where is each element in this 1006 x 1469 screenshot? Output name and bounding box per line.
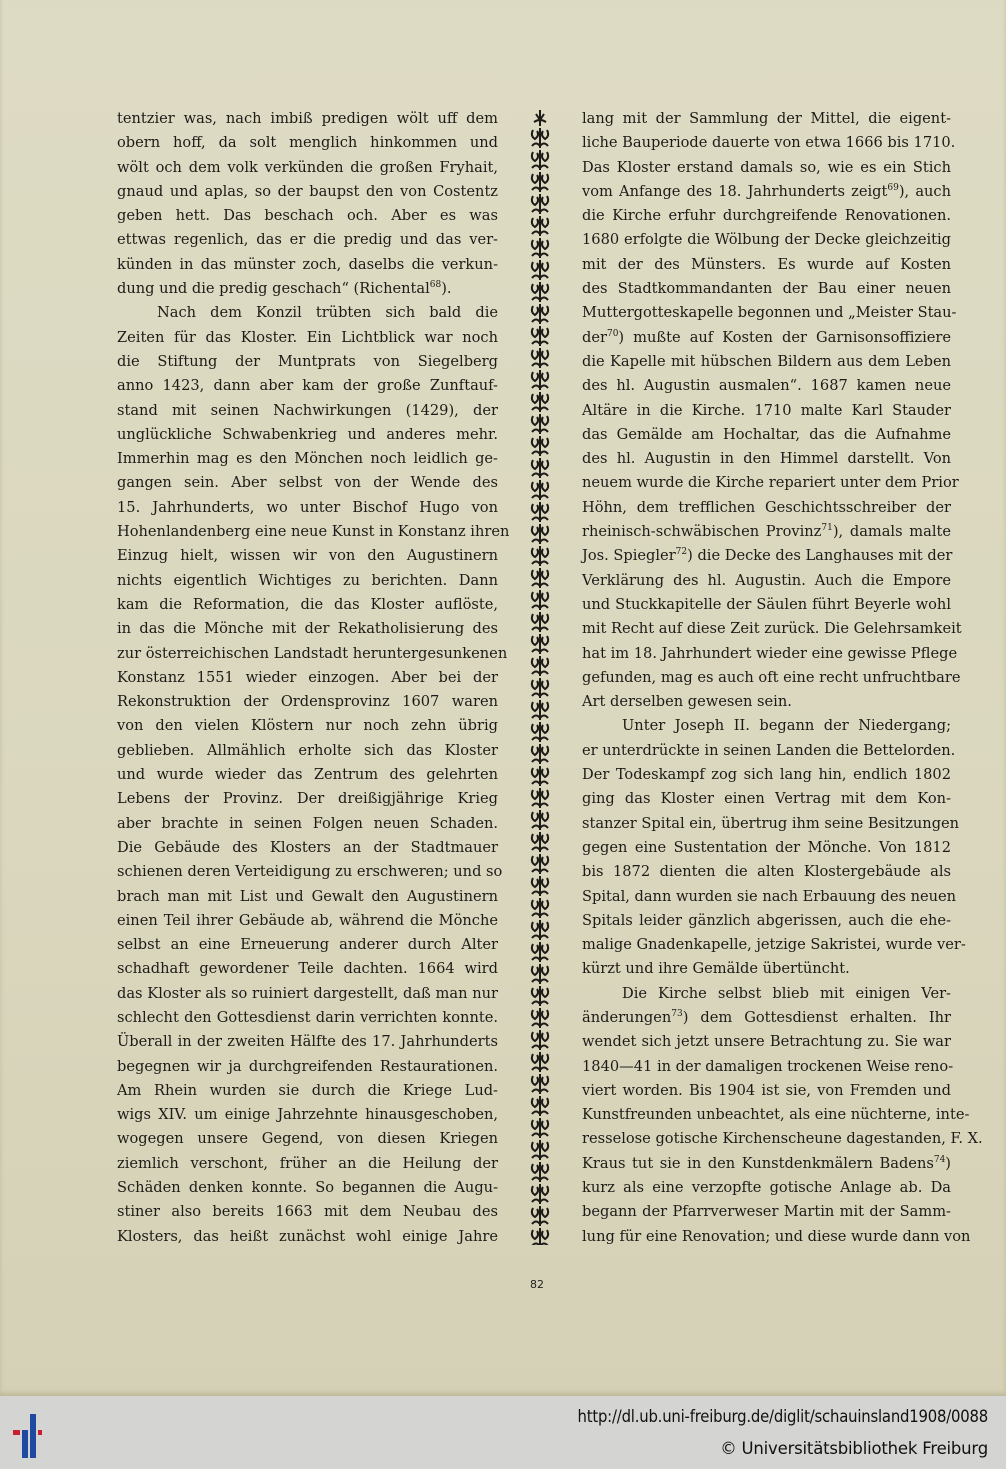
- text-line: selbst an eine Erneuerung anderer durch …: [117, 933, 498, 957]
- text-line: in das die Mönche mit der Rekatholisieru…: [117, 617, 498, 641]
- text-line: tentzier was, nach imbiß predigen wölt u…: [117, 107, 498, 131]
- text-line: obern hoff, da solt menglich hinkommen u…: [117, 131, 498, 155]
- text-line: lung für eine Renovation; und diese wurd…: [582, 1225, 951, 1249]
- text-line: Lebens der Provinz. Der dreißigjährige K…: [117, 787, 498, 811]
- text-line: neuem wurde die Kirche repariert unter d…: [582, 471, 951, 495]
- text-line: und wurde wieder das Zentrum des gelehrt…: [117, 763, 498, 787]
- text-line: schlecht den Gottesdienst darin verricht…: [117, 1006, 498, 1030]
- text-line: das Gemälde am Hochaltar, das die Aufnah…: [582, 423, 951, 447]
- text-line: des hl. Augustin in den Himmel darstellt…: [582, 447, 951, 471]
- text-line: Spital, dann wurden sie nach Erbauung de…: [582, 885, 951, 909]
- text-line: er unterdrückte in seinen Landen die Bet…: [582, 739, 951, 763]
- text-line: die Kapelle mit hübschen Bildern aus dem…: [582, 350, 951, 374]
- text-line: geben hett. Das beschach och. Aber es wa…: [117, 204, 498, 228]
- text-line: Die Kirche selbst blieb mit einigen Ver-: [582, 982, 951, 1006]
- text-line: 1840—41 in der damaligen trockenen Weise…: [582, 1055, 951, 1079]
- text-line: nichts eigentlich Wichtiges zu berichten…: [117, 569, 498, 593]
- text-line: von den vielen Klöstern nur noch zehn üb…: [117, 714, 498, 738]
- text-line: Spitals leider gänzlich abgerissen, auch…: [582, 909, 951, 933]
- copyright-notice: © Universitätsbibliothek Freiburg: [720, 1439, 988, 1458]
- text-line: stand mit seinen Nachwirkungen (1429), d…: [117, 399, 498, 423]
- text-line: liche Bauperiode dauerte von etwa 1666 b…: [582, 131, 951, 155]
- text-line: Verklärung des hl. Augustin. Auch die Em…: [582, 569, 951, 593]
- text-line: Hohenlandenberg eine neue Kunst in Konst…: [117, 520, 498, 544]
- text-line: Überall in der zweiten Hälfte des 17. Ja…: [117, 1030, 498, 1054]
- text-line: wendet sich jetzt unsere Betrachtung zu.…: [582, 1030, 951, 1054]
- text-line: geblieben. Allmählich erholte sich das K…: [117, 739, 498, 763]
- text-line: kürzt und ihre Gemälde übertüncht.: [582, 957, 951, 981]
- text-line: Unter Joseph II. begann der Niedergang;: [582, 714, 951, 738]
- text-line: Konstanz 1551 wieder einzogen. Aber bei …: [117, 666, 498, 690]
- text-line: die Stiftung der Muntprats von Siegelber…: [117, 350, 498, 374]
- text-line: Zeiten für das Kloster. Ein Lichtblick w…: [117, 326, 498, 350]
- text-line: gnaud und aplas, so der baupst den von C…: [117, 180, 498, 204]
- text-line: wigs XIV. um einige Jahrzehnte hinausges…: [117, 1103, 498, 1127]
- text-line: kurz als eine verzopfte gotische Anlage …: [582, 1176, 951, 1200]
- page-number: 82: [527, 1278, 547, 1291]
- ornamental-vine-divider-icon: [528, 110, 552, 1245]
- text-line: zur österreichischen Landstadt herunterg…: [117, 642, 498, 666]
- text-line: mit der des Münsters. Es wurde auf Koste…: [582, 253, 951, 277]
- text-line: ettwas regenlich, das er die predig und …: [117, 228, 498, 252]
- text-line: und Stuckkapitelle der Säulen führt Beye…: [582, 593, 951, 617]
- text-line: Muttergotteskapelle begonnen und „Meiste…: [582, 301, 951, 325]
- text-line: 15. Jahrhunderts, wo unter Bischof Hugo …: [117, 496, 498, 520]
- text-line: das Kloster als so ruiniert dargestellt,…: [117, 982, 498, 1006]
- text-line: wogegen unsere Gegend, von diesen Kriege…: [117, 1127, 498, 1151]
- text-line: gefunden, mag es auch oft eine recht unf…: [582, 666, 951, 690]
- footnote-marker: 71: [821, 523, 832, 533]
- text-line: einen Teil ihrer Gebäude ab, während die…: [117, 909, 498, 933]
- text-line: stanzer Spital ein, übertrug ihm seine B…: [582, 812, 951, 836]
- text-line: Am Rhein wurden sie durch die Kriege Lud…: [117, 1079, 498, 1103]
- footnote-marker: 69: [887, 183, 898, 193]
- text-line: Höhn, dem trefflichen Geschichtsschreibe…: [582, 496, 951, 520]
- text-line: viert worden. Bis 1904 ist sie, von Frem…: [582, 1079, 951, 1103]
- text-line: brach man mit List und Gewalt den August…: [117, 885, 498, 909]
- text-line: Der Todeskampf zog sich lang hin, endlic…: [582, 763, 951, 787]
- text-line: vom Anfange des 18. Jahrhunderts zeigt69…: [582, 180, 951, 204]
- text-line: Kunstfreunden unbeachtet, als eine nücht…: [582, 1103, 951, 1127]
- text-line: Die Gebäude des Klosters an der Stadtmau…: [117, 836, 498, 860]
- text-line: Schäden denken konnte. So begannen die A…: [117, 1176, 498, 1200]
- text-line: künden in das münster zoch, daselbs die …: [117, 253, 498, 277]
- text-line: Das Kloster erstand damals so, wie es ei…: [582, 156, 951, 180]
- permalink-url[interactable]: http://dl.ub.uni-freiburg.de/diglit/scha…: [578, 1407, 989, 1426]
- ub-freiburg-logo-icon: [12, 1408, 42, 1460]
- text-line: Einzug hielt, wissen wir von den Augusti…: [117, 544, 498, 568]
- text-line: hat im 18. Jahrhundert wieder eine gewis…: [582, 642, 951, 666]
- text-line: malige Gnadenkapelle, jetzige Sakristei,…: [582, 933, 951, 957]
- text-line: wölt och dem volk verkünden die großen F…: [117, 156, 498, 180]
- text-line: begegnen wir ja durchgreifenden Restaura…: [117, 1055, 498, 1079]
- text-line: ging das Kloster einen Vertrag mit dem K…: [582, 787, 951, 811]
- text-line: kam die Reformation, die das Kloster auf…: [117, 593, 498, 617]
- text-line: lang mit der Sammlung der Mittel, die ei…: [582, 107, 951, 131]
- text-line: des hl. Augustin ausmalen“. 1687 kamen n…: [582, 374, 951, 398]
- text-line: stiner also bereits 1663 mit dem Neubau …: [117, 1200, 498, 1224]
- text-line: schienen deren Verteidigung zu erschwere…: [117, 860, 498, 884]
- text-line: gangen sein. Aber selbst von der Wende d…: [117, 471, 498, 495]
- text-line: rheinisch-schwäbischen Provinz71), damal…: [582, 520, 951, 544]
- footer-bar: http://dl.ub.uni-freiburg.de/diglit/scha…: [0, 1396, 1006, 1469]
- footnote-marker: 73: [671, 1009, 682, 1019]
- text-line: des Stadtkommandanten der Bau einer neue…: [582, 277, 951, 301]
- footnote-marker: 74: [934, 1155, 945, 1165]
- text-line: 1680 erfolgte die Wölbung der Decke glei…: [582, 228, 951, 252]
- text-line: Nach dem Konzil trübten sich bald die: [117, 301, 498, 325]
- text-line: Jos. Spiegler72) die Decke des Langhause…: [582, 544, 951, 568]
- footnote-marker: 70: [607, 329, 618, 339]
- footnote-marker: 68: [430, 280, 441, 290]
- left-text-column: tentzier was, nach imbiß predigen wölt u…: [117, 107, 498, 1249]
- text-line: anno 1423, dann aber kam der große Zunft…: [117, 374, 498, 398]
- text-line: Kraus tut sie in den Kunstdenkmälern Bad…: [582, 1152, 951, 1176]
- text-line: mit Recht auf diese Zeit zurück. Die Gel…: [582, 617, 951, 641]
- text-line: Rekonstruktion der Ordensprovinz 1607 wa…: [117, 690, 498, 714]
- scanned-page: tentzier was, nach imbiß predigen wölt u…: [0, 0, 1006, 1396]
- text-line: änderungen73) dem Gottesdienst erhalten.…: [582, 1006, 951, 1030]
- text-line: unglückliche Schwabenkrieg und anderes m…: [117, 423, 498, 447]
- text-line: der70) mußte auf Kosten der Garnisonsoff…: [582, 326, 951, 350]
- text-line: resselose gotische Kirchenscheune dagest…: [582, 1127, 951, 1151]
- text-line: bis 1872 dienten die alten Klostergebäud…: [582, 860, 951, 884]
- right-text-column: lang mit der Sammlung der Mittel, die ei…: [582, 107, 951, 1249]
- text-line: Art derselben gewesen sein.: [582, 690, 951, 714]
- text-line: Altäre in die Kirche. 1710 malte Karl St…: [582, 399, 951, 423]
- text-line: ziemlich verschont, früher an die Heilun…: [117, 1152, 498, 1176]
- text-line: begann der Pfarrverweser Martin mit der …: [582, 1200, 951, 1224]
- text-line: dung und die predig geschach“ (Richental…: [117, 277, 498, 301]
- footnote-marker: 72: [676, 547, 687, 557]
- text-line: die Kirche erfuhr durchgreifende Renovat…: [582, 204, 951, 228]
- text-line: Klosters, das heißt zunächst wohl einige…: [117, 1225, 498, 1249]
- text-line: aber brachte in seinen Folgen neuen Scha…: [117, 812, 498, 836]
- text-line: schadhaft gewordener Teile dachten. 1664…: [117, 957, 498, 981]
- text-line: gegen eine Sustentation der Mönche. Von …: [582, 836, 951, 860]
- text-line: Immerhin mag es den Mönchen noch leidlic…: [117, 447, 498, 471]
